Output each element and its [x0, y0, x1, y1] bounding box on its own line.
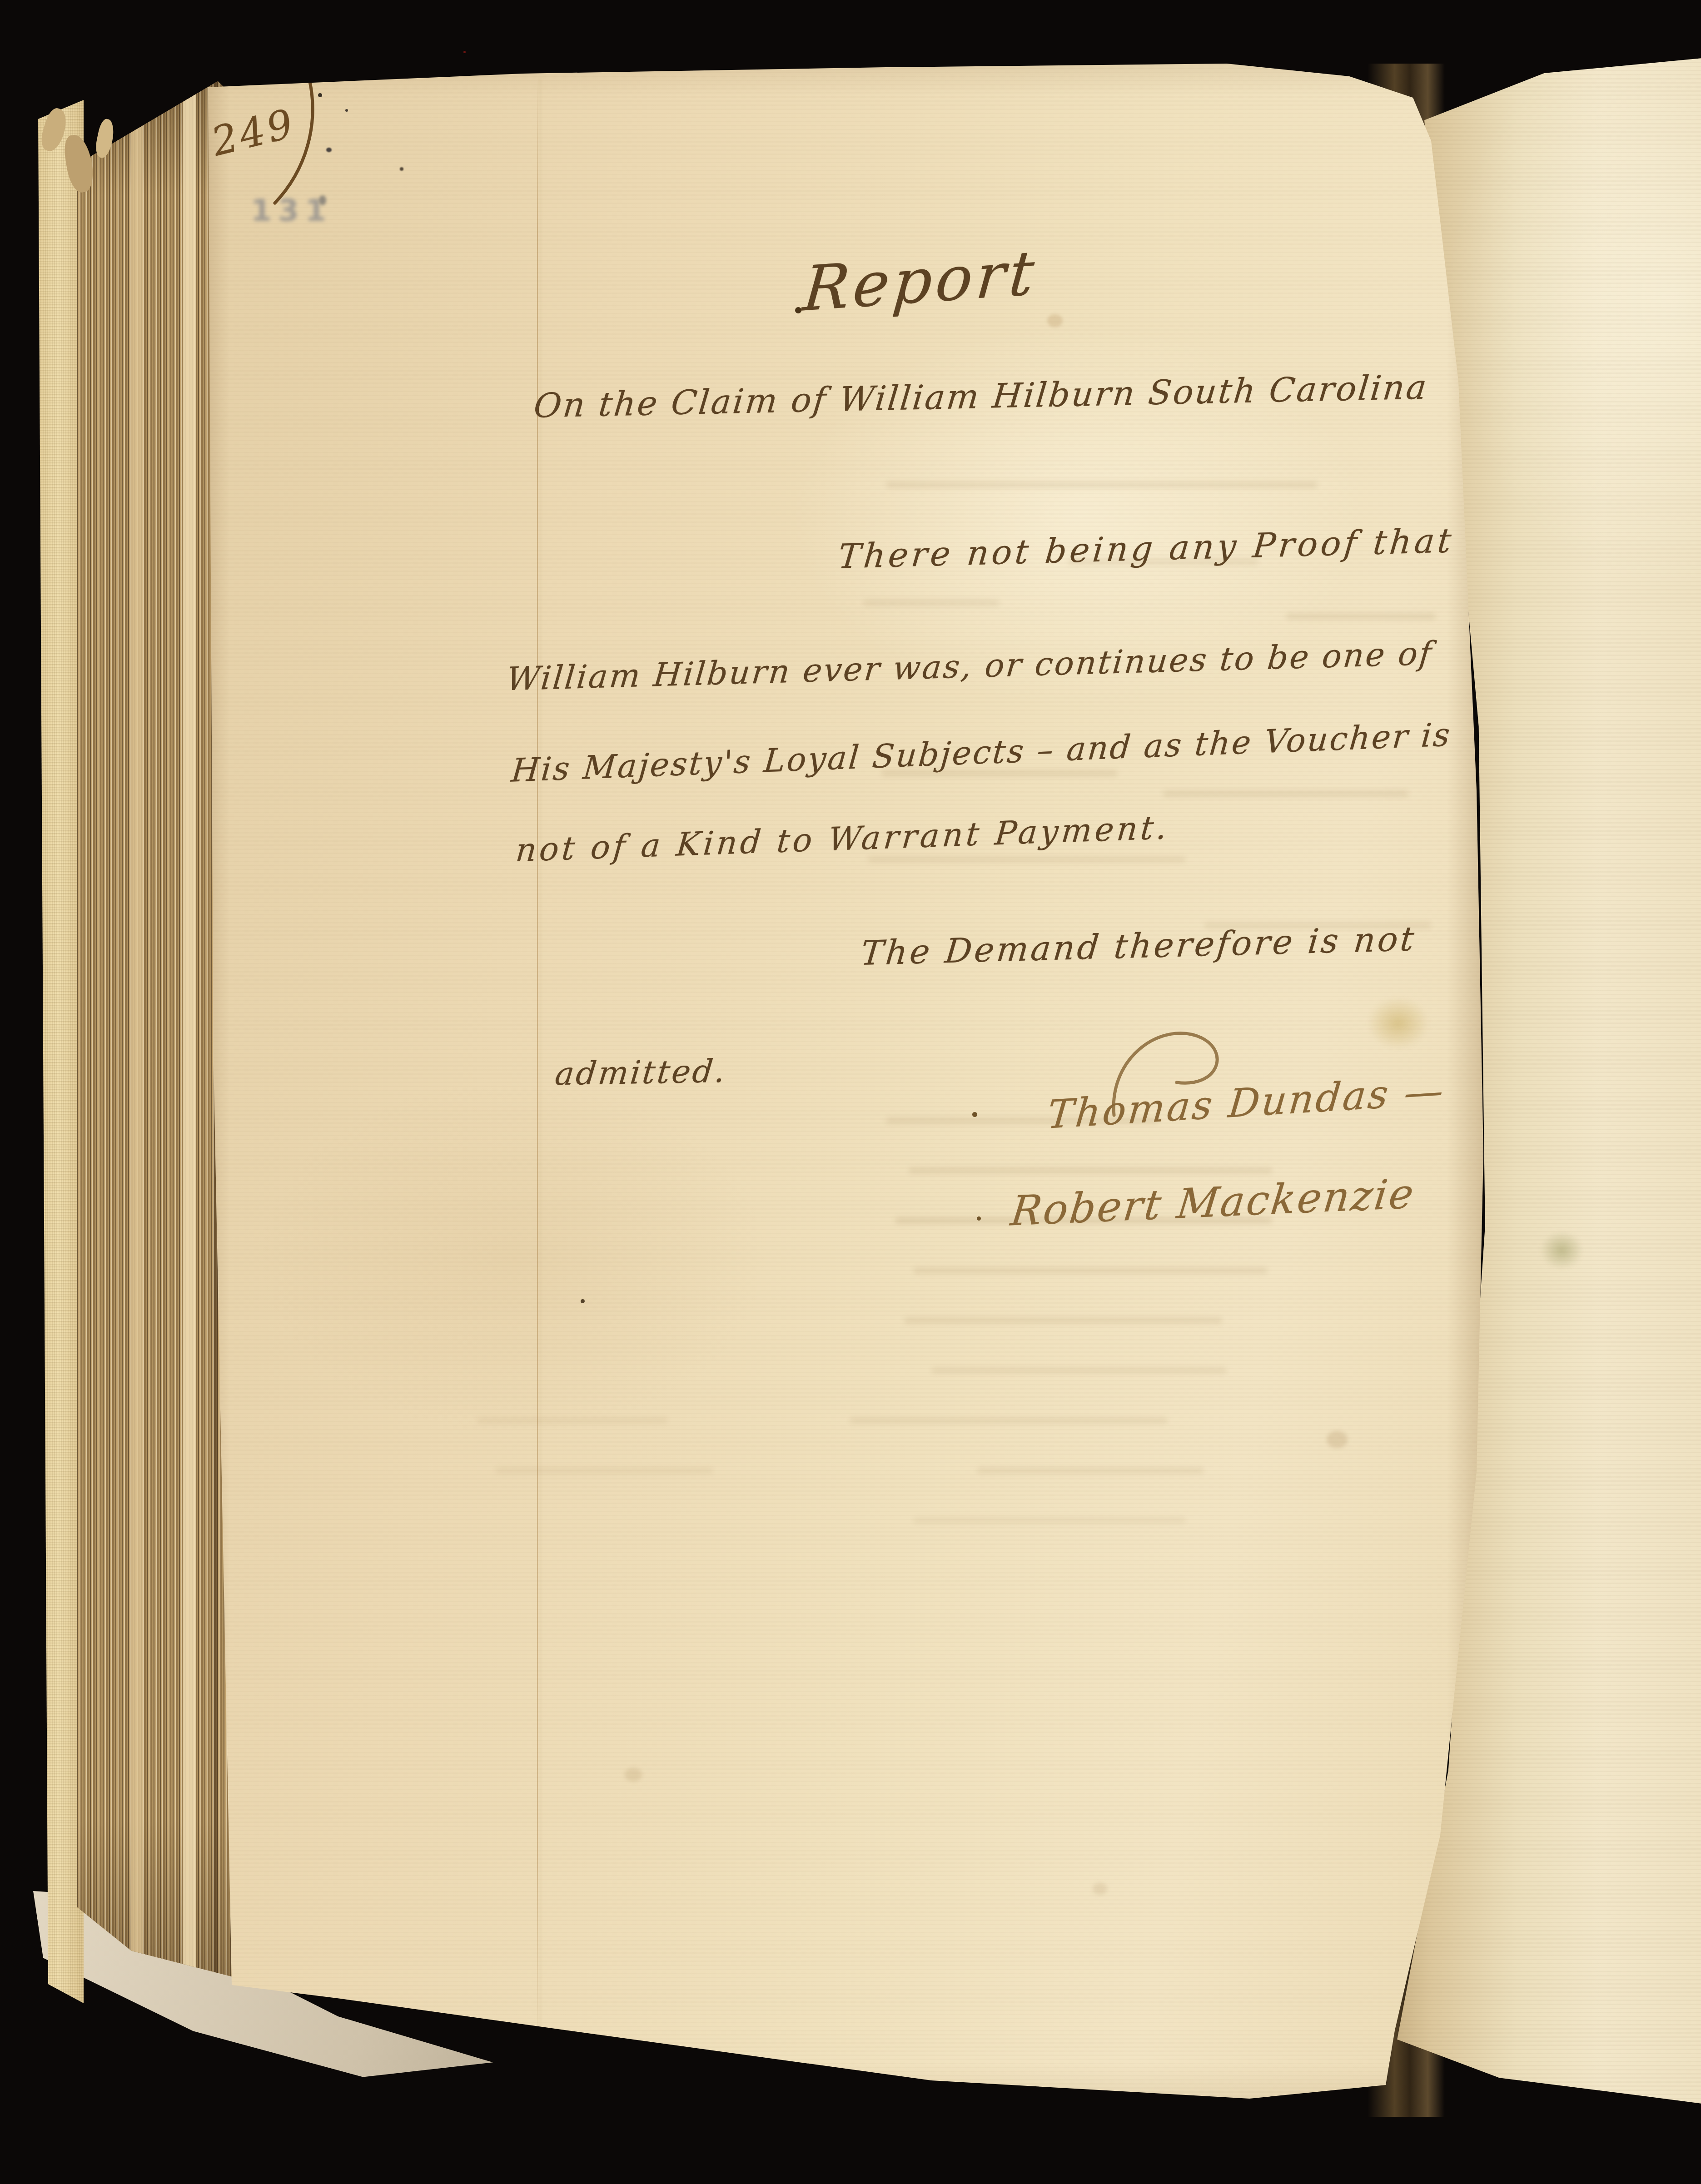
- ink-speck: [326, 148, 332, 152]
- foxing-spot: [625, 1768, 642, 1782]
- manuscript-book-photograph: 249 131 Report On the Claim of William H…: [0, 0, 1701, 2184]
- ink-speck: [345, 109, 348, 112]
- manuscript-line-7: admitted.: [553, 1052, 729, 1093]
- ink-speck: [318, 93, 322, 97]
- foxing-spot: [1093, 1883, 1107, 1895]
- dust-speck: [463, 51, 466, 53]
- page-edge-highlight: [183, 77, 196, 2058]
- ink-smudge: [319, 195, 326, 205]
- manuscript-page: 249 131 Report On the Claim of William H…: [204, 64, 1490, 2121]
- page-edge-highlight: [131, 77, 143, 2058]
- ink-speck: [400, 167, 403, 171]
- folio-slash-mark: [266, 75, 338, 207]
- foxing-spot: [1327, 1431, 1348, 1448]
- ink-speck: [581, 1299, 585, 1303]
- paper-stain: [1368, 997, 1429, 1049]
- paper-stain: [1540, 1231, 1583, 1270]
- ink-speck: [972, 1112, 977, 1117]
- book-spine-cloth: [38, 100, 84, 2003]
- page-stack-edges: [77, 77, 232, 2058]
- foxing-spot: [1047, 314, 1063, 327]
- ink-speck: [795, 307, 801, 313]
- page-fold-line: [537, 77, 538, 2053]
